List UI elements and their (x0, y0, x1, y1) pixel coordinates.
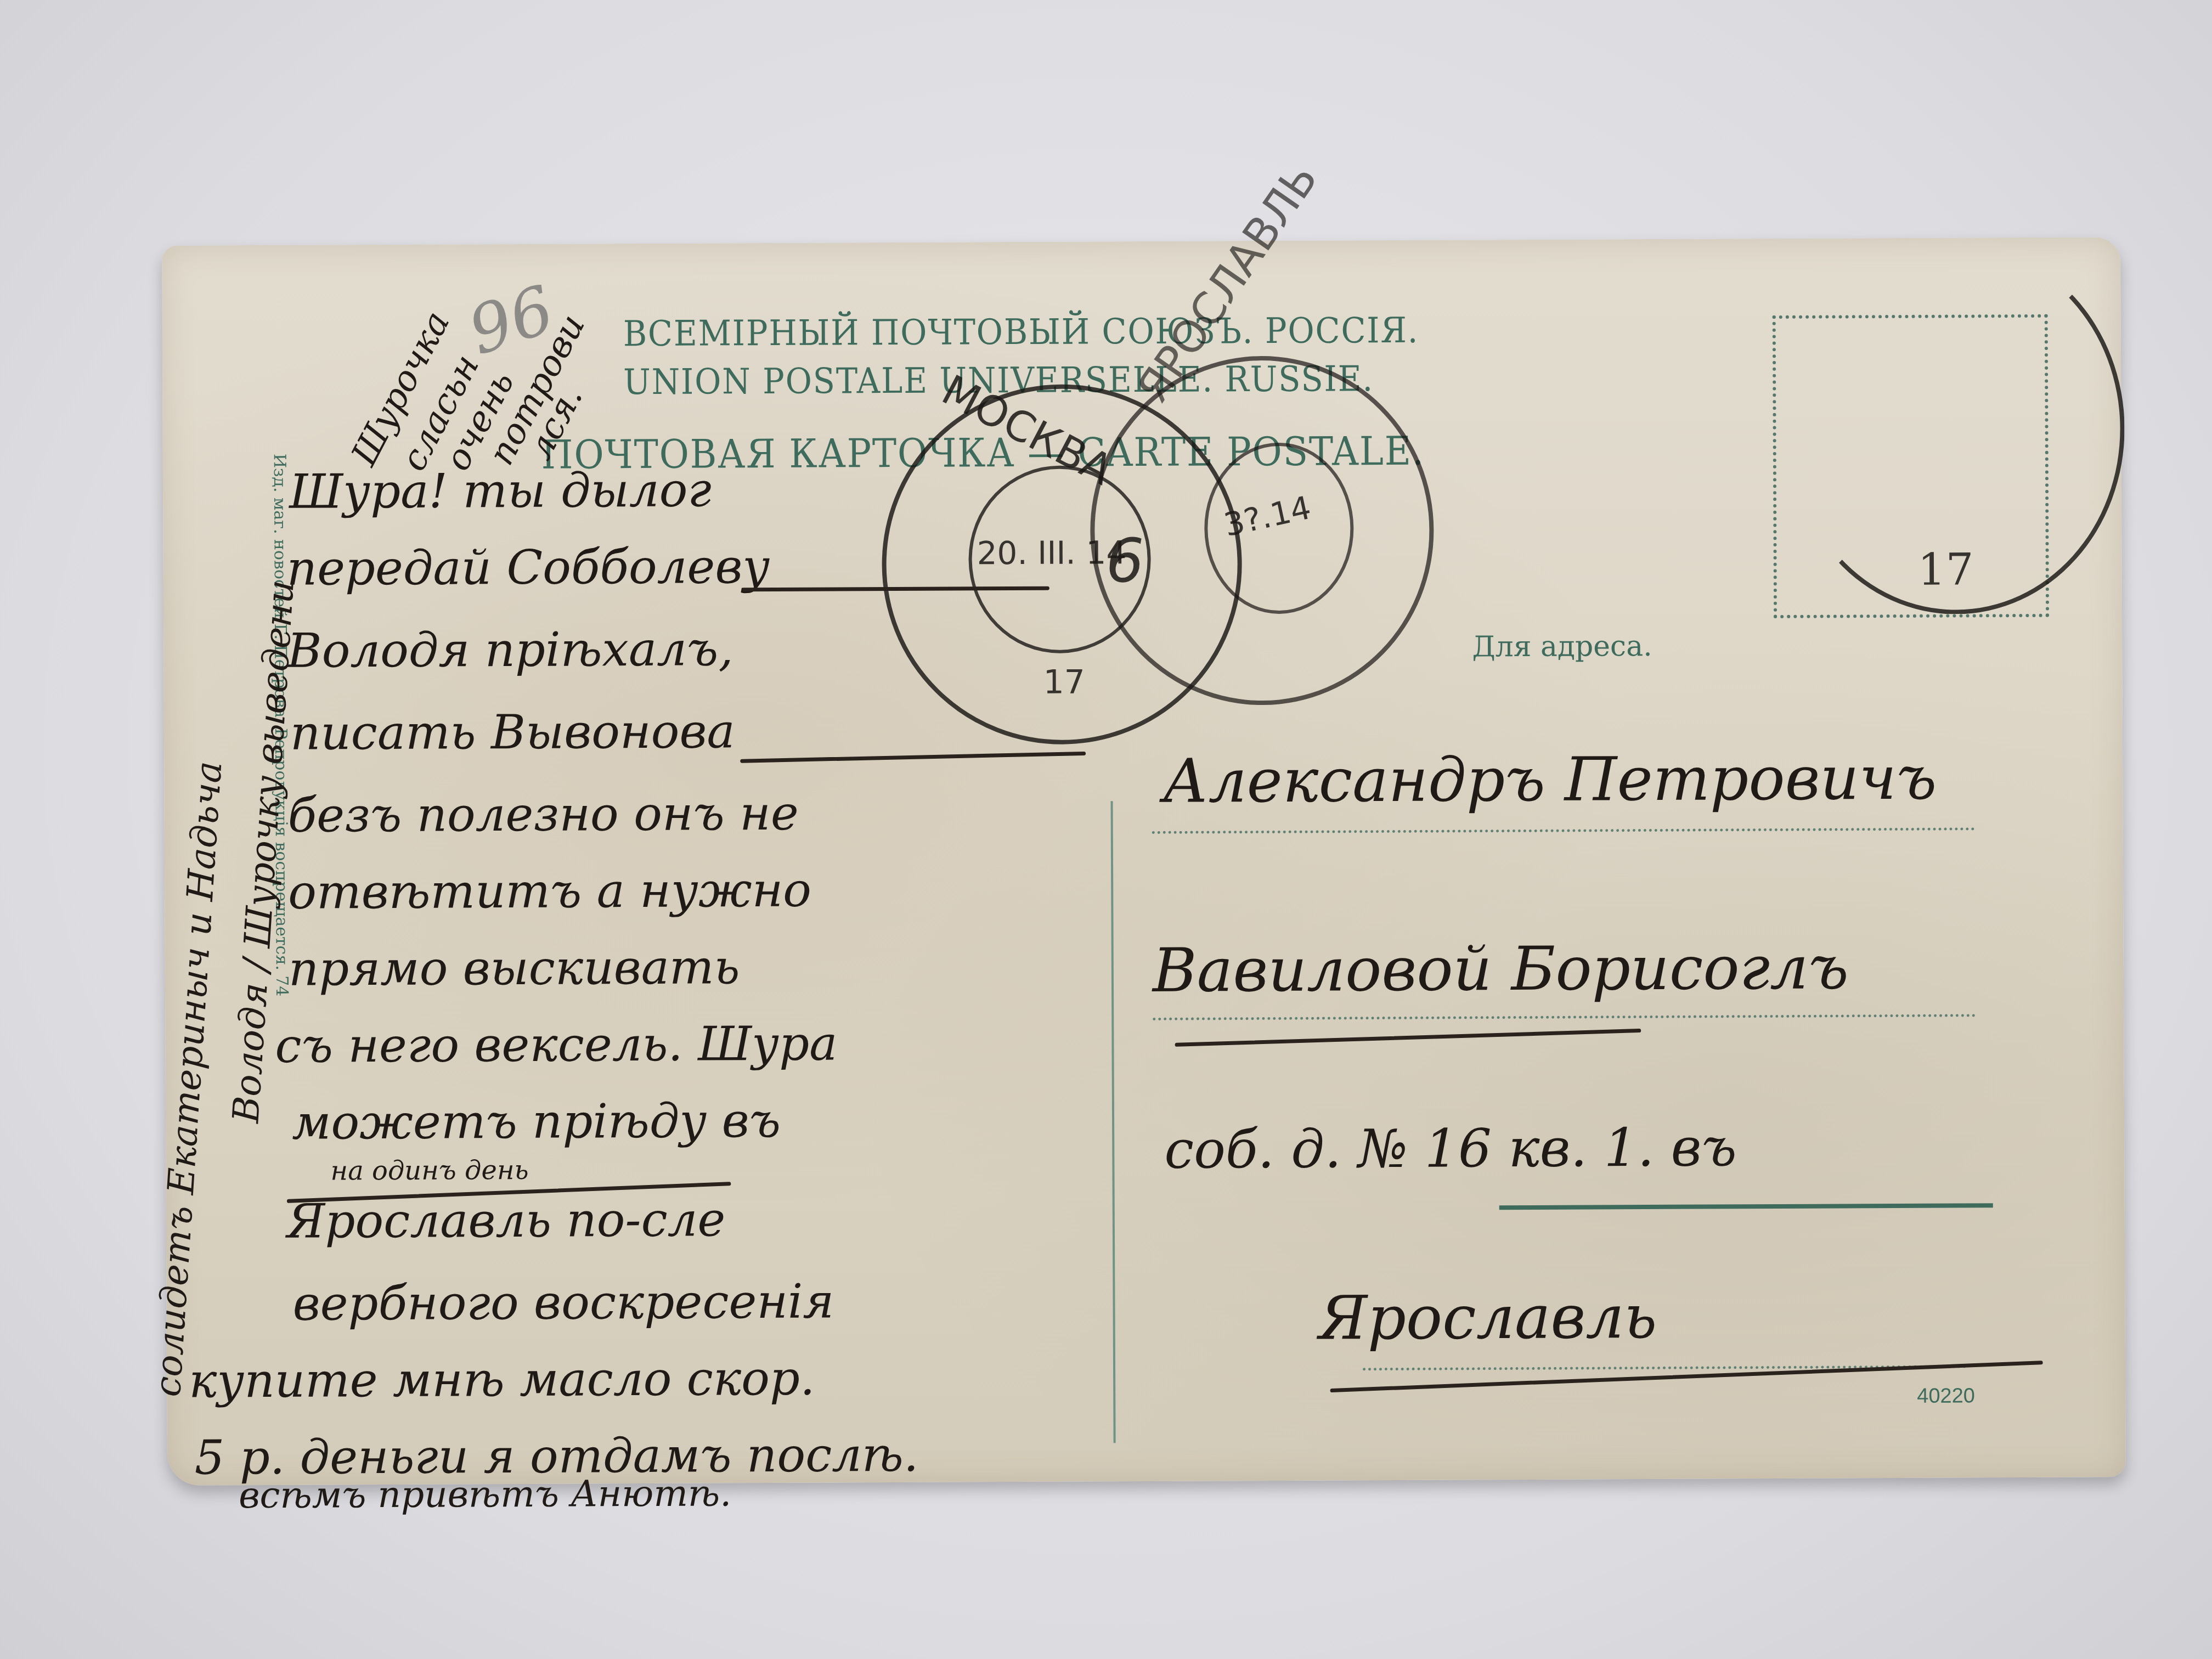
message-line: отвѣтитъ а нужно (288, 863, 811, 920)
message-line: купите мнѣ масло скор. (189, 1351, 815, 1409)
message-line: всѣмъ привѣтъ Анютѣ. (239, 1472, 731, 1516)
address-guide-3 (1499, 1203, 1993, 1210)
message-line: Шура! ты дылог (289, 462, 712, 519)
message-line: прямо выскивать (289, 940, 740, 997)
message-line: писать Вывонова (290, 704, 735, 761)
message-line: вербного воскресенія (292, 1274, 834, 1331)
message-line: на одинъ день (330, 1155, 528, 1187)
address-line-3: соб. д. № 16 кв. 1. въ (1164, 1116, 1737, 1181)
message-line: передай Собболеву (286, 539, 770, 596)
message-line: безъ полезно онъ не (287, 786, 798, 843)
postmark-yaroslavl-number: 6 (1105, 526, 1144, 596)
margin-note-left-2: солидетъ Екатериныч и Надьча (146, 760, 230, 1398)
message-body: Шура! ты дылогпередай СобболевуВолодя пр… (162, 237, 2120, 246)
address-underline-2 (1175, 1029, 1641, 1047)
card-number: 40220 (1917, 1384, 1975, 1408)
postmark-yaroslavl-city: ЯРОСЛАВЛЬ (1127, 154, 1328, 412)
address-line-4: Ярославль (1318, 1282, 1657, 1353)
header-line-1: ВСЕМІРНЫЙ ПОЧТОВЫЙ СОЮЗЪ. РОССІЯ. (623, 311, 1419, 354)
postmark-moscow-number: 17 (1043, 663, 1085, 701)
postmark-arrival: 17 (1786, 242, 2125, 615)
address-line-1: Александръ Петровичъ (1163, 743, 1937, 816)
postmark-yaroslavl: ЯРОСЛАВЛЬ 3?.14 6 (1090, 356, 1435, 706)
message-line: можетъ пріѣду въ (292, 1093, 781, 1150)
address-guide-2 (1153, 1014, 1976, 1020)
message-line: Ярославль по-сле (287, 1192, 726, 1249)
postcard: ВСЕМІРНЫЙ ПОЧТОВЫЙ СОЮЗЪ. РОССІЯ. UNION … (162, 237, 2126, 1486)
margin-note-top: Шурочкасласьноченьпотровился. (162, 237, 2120, 246)
for-address-label: Для адреса. (1472, 630, 1652, 663)
message-line: съ него вексель. Шура (275, 1016, 837, 1073)
divider-line (1111, 801, 1116, 1443)
message-underline (740, 752, 1086, 763)
address-line-2: Вавиловой Борисоглъ (1153, 932, 1849, 1006)
postmark-arrival-number: 17 (1917, 544, 1973, 595)
address-guide-1 (1152, 827, 1975, 834)
message-line: Володя пріѣхалъ, (287, 622, 733, 679)
